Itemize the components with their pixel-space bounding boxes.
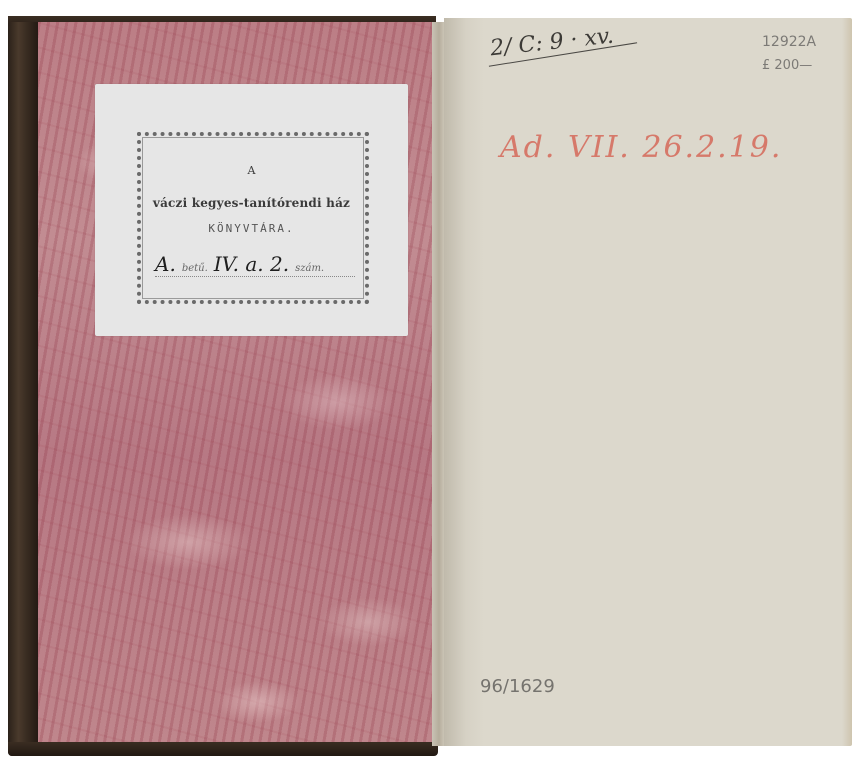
label-call-number: A. betű. IV. a. 2. szám. (155, 252, 355, 277)
flyleaf-page (444, 18, 852, 746)
cover-bottom-edge (8, 742, 438, 756)
label-ornamental-border (137, 132, 369, 304)
call-number: IV. a. 2. (214, 252, 289, 276)
call-letter: A. (155, 252, 176, 276)
pencil-bottom-number: 96/1629 (480, 676, 555, 697)
red-crayon-shelfmark: Ad. VII. 26.2.19. (500, 130, 782, 165)
label-line-a: A (95, 164, 408, 177)
call-letter-caption: betű. (182, 263, 208, 274)
call-number-caption: szám. (295, 263, 324, 274)
marbled-pastedown: A váczi kegyes-tanítórendi ház KÖNYVTÁRA… (38, 22, 436, 744)
label-library: KÖNYVTÁRA. (95, 222, 408, 235)
pencil-price: £ 200— (762, 58, 812, 73)
label-institution: váczi kegyes-tanítórendi ház (95, 196, 408, 210)
leather-spine (8, 22, 38, 756)
library-label: A váczi kegyes-tanítórendi ház KÖNYVTÁRA… (95, 84, 408, 336)
pencil-inventory-number: 12922A (762, 34, 816, 50)
